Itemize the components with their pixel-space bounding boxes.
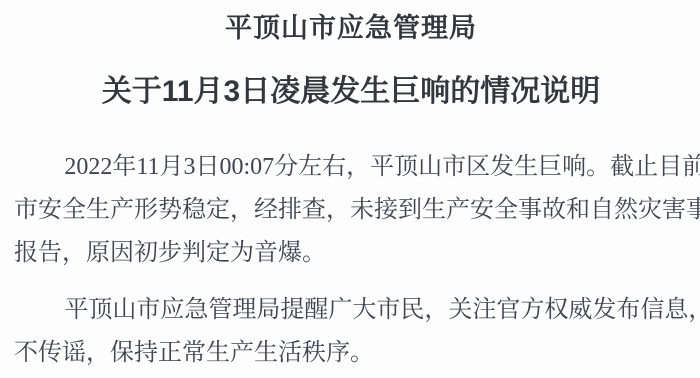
para1-line3: 报告，原因初步判定为音爆。	[14, 232, 688, 275]
para2-line1: 平顶山市应急管理局提醒广大市民，关注官方权威发布信息，不信谣、	[14, 289, 688, 332]
announcement-document: 平顶山市应急管理局 关于11月3日凌晨发生巨响的情况说明 2022年11月3日0…	[0, 0, 700, 378]
para2-line2: 不传谣，保持正常生产生活秩序。	[14, 332, 688, 375]
paragraph-reminder: 平顶山市应急管理局提醒广大市民，关注官方权威发布信息，不信谣、 不传谣，保持正常…	[14, 289, 688, 375]
para1-line1: 2022年11月3日00:07分左右，平顶山市区发生巨响。截止目前，平顶山	[14, 146, 688, 189]
para1-line2: 市安全生产形势稳定，经排查，未接到生产安全事故和自然灾害事件的相关	[14, 189, 688, 232]
paragraph-situation: 2022年11月3日00:07分左右，平顶山市区发生巨响。截止目前，平顶山 市安…	[14, 146, 688, 275]
announcement-title: 关于11月3日凌晨发生巨响的情况说明	[14, 74, 688, 110]
org-title: 平顶山市应急管理局	[14, 12, 688, 44]
